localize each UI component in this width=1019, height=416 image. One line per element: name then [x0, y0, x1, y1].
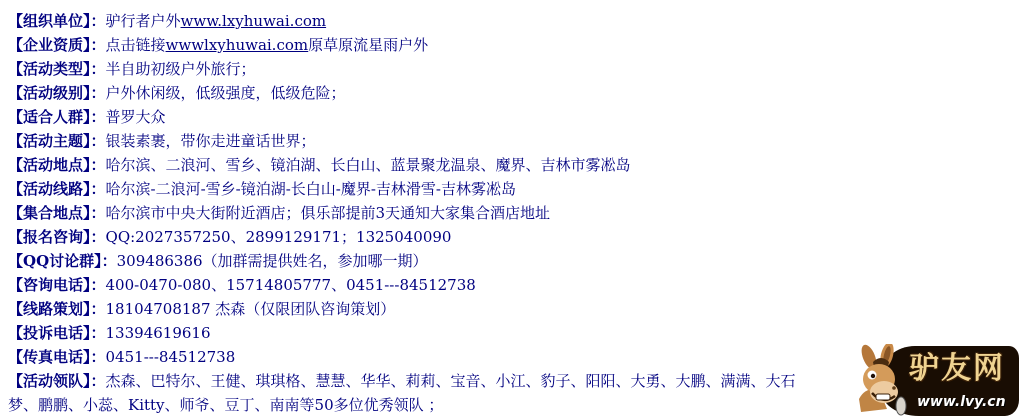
logo-site-name: 驴友网 — [909, 352, 1015, 386]
field-label: 【线路策划】： — [8, 300, 106, 318]
field-text: 点击链接 — [106, 36, 166, 54]
field-label: 【传真电话】： — [8, 348, 106, 366]
line-meeting-point: 【集合地点】：哈尔滨市中央大街附近酒店；俱乐部提前3天通知大家集合酒店地址 — [8, 201, 1019, 225]
field-label: 【活动主题】： — [8, 132, 106, 150]
line-qualification: 【企业资质】：点击链接wwwlxyhuwai.com原草原流星雨户外 — [8, 33, 1019, 57]
field-text: 13394619616 — [106, 324, 211, 342]
field-label: 【报名咨询】： — [8, 228, 106, 246]
donkey-icon — [851, 344, 913, 416]
field-text: 309486386（加群需提供姓名，参加哪一期） — [117, 252, 428, 270]
lvy-watermark-logo: 驴友网 www.lvy.cn — [851, 344, 1019, 416]
field-text: 半自助初级户外旅行； — [106, 60, 256, 78]
field-label: 【咨询电话】： — [8, 276, 106, 294]
field-text: 0451---84512738 — [106, 348, 236, 366]
field-label: 【活动级别】： — [8, 84, 106, 102]
field-text: 驴行者户外 — [106, 12, 181, 30]
line-activity-locations: 【活动地点】：哈尔滨、二浪河、雪乡、镜泊湖、长白山、蓝景聚龙温泉、魔界、吉林市雾… — [8, 153, 1019, 177]
field-text: 原草原流星雨户外 — [308, 36, 428, 54]
line-route-planning: 【线路策划】：18104708187 杰森（仅限团队咨询策划） — [8, 297, 1019, 321]
line-organizer: 【组织单位】：驴行者户外www.lxyhuwai.com — [8, 9, 1019, 33]
field-label: 【活动线路】： — [8, 180, 106, 198]
field-text: 18104708187 杰森（仅限团队咨询策划） — [106, 300, 396, 318]
line-activity-type: 【活动类型】：半自助初级户外旅行； — [8, 57, 1019, 81]
qualification-website-link[interactable]: wwwlxyhuwai.com — [166, 36, 309, 54]
field-text: QQ:2027357250、2899129171；1325040090 — [106, 228, 452, 246]
line-signup-consult: 【报名咨询】：QQ:2027357250、2899129171；13250400… — [8, 225, 1019, 249]
field-text: 哈尔滨、二浪河、雪乡、镜泊湖、长白山、蓝景聚龙温泉、魔界、吉林市雾凇岛 — [106, 156, 631, 174]
line-consult-phone: 【咨询电话】：400-0470-080、15714805777、0451---8… — [8, 273, 1019, 297]
field-text: 普罗大众 — [106, 108, 166, 126]
field-label: 【投诉电话】： — [8, 324, 106, 342]
field-label: 【活动类型】： — [8, 60, 106, 78]
organizer-website-link[interactable]: www.lxyhuwai.com — [181, 12, 327, 30]
line-complaint-phone: 【投诉电话】：13394619616 — [8, 321, 1019, 345]
field-text: 哈尔滨市中央大街附近酒店；俱乐部提前3天通知大家集合酒店地址 — [106, 204, 551, 222]
field-text: 杰森、巴特尔、王健、琪琪格、慧慧、华华、莉莉、宝音、小江、豹子、阳阳、大勇、大鹏… — [106, 372, 796, 390]
field-label: 【QQ讨论群】： — [8, 252, 117, 270]
field-label: 【集合地点】： — [8, 204, 106, 222]
line-target-group: 【适合人群】：普罗大众 — [8, 105, 1019, 129]
field-label: 【活动地点】： — [8, 156, 106, 174]
line-activity-level: 【活动级别】：户外休闲级，低级强度，低级危险； — [8, 81, 1019, 105]
line-activity-theme: 【活动主题】：银装素裹，带你走进童话世界； — [8, 129, 1019, 153]
field-label: 【企业资质】： — [8, 36, 106, 54]
field-label: 【组织单位】： — [8, 12, 106, 30]
field-text: 哈尔滨-二浪河-雪乡-镜泊湖-长白山-魔界-吉林滑雪-吉林雾凇岛 — [106, 180, 516, 198]
line-activity-route: 【活动线路】：哈尔滨-二浪河-雪乡-镜泊湖-长白山-魔界-吉林滑雪-吉林雾凇岛 — [8, 177, 1019, 201]
field-text: 户外休闲级，低级强度，低级危险； — [106, 84, 346, 102]
field-text: 400-0470-080、15714805777、0451---84512738 — [106, 276, 476, 294]
field-text: 银装素裹，带你走进童话世界； — [106, 132, 316, 150]
field-label: 【活动领队】： — [8, 372, 106, 390]
logo-site-url: www.lvy.cn — [917, 394, 1006, 410]
line-qq-group: 【QQ讨论群】：309486386（加群需提供姓名，参加哪一期） — [8, 249, 1019, 273]
field-text: 梦、鹏鹏、小蕊、Kitty、师爷、豆丁、南南等50多位优秀领队 ； — [8, 396, 443, 414]
field-label: 【适合人群】： — [8, 108, 106, 126]
